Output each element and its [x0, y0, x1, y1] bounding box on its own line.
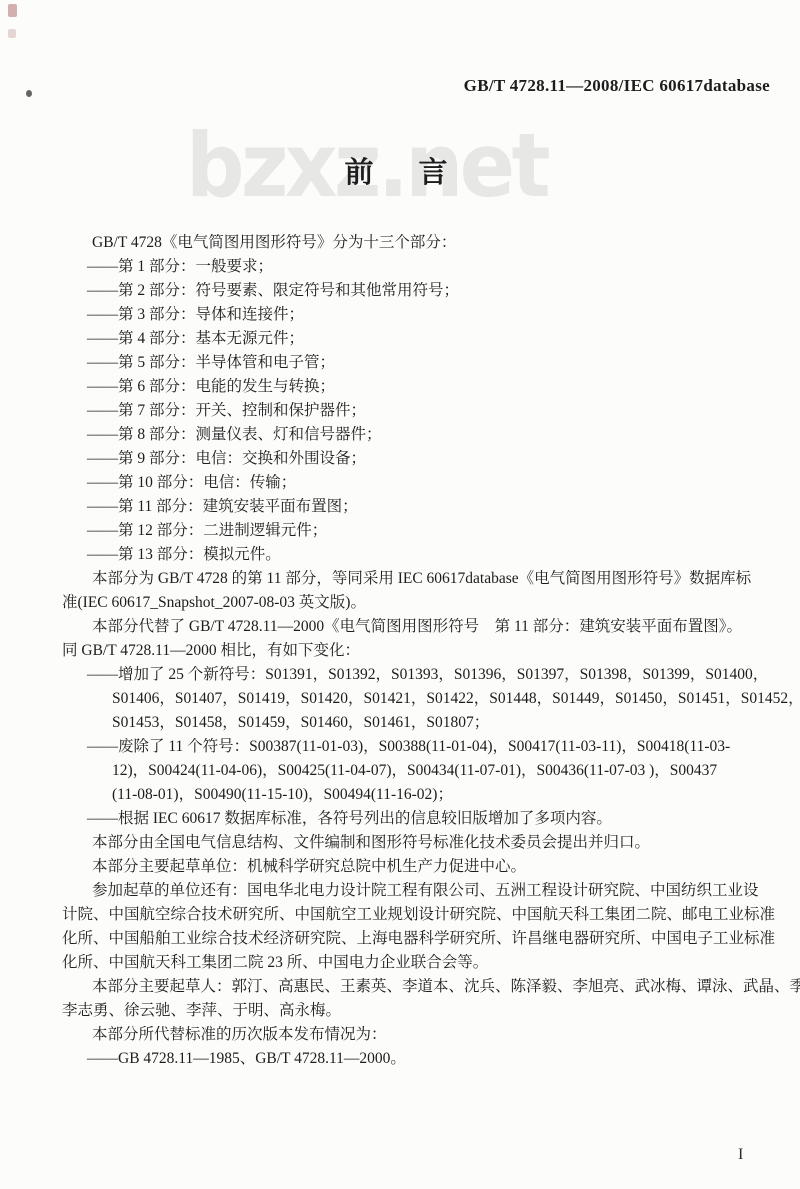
foreword-line: ——增加了 25 个新符号：S01391，S01392，S01393，S0139… [62, 663, 754, 687]
foreword-line: 本部分所代替标准的历次版本发布情况为： [62, 1023, 754, 1047]
foreword-line: ——第 1 部分：一般要求； [62, 255, 754, 279]
foreword-line: GB/T 4728《电气简图用图形符号》分为十三个部分： [62, 231, 754, 255]
foreword-line: S01453，S01458，S01459，S01460，S01461，S0180… [62, 711, 754, 735]
foreword-line: ——第 13 部分：模拟元件。 [62, 543, 754, 567]
page-number: I [738, 1146, 743, 1164]
foreword-line: ——第 8 部分：测量仪表、灯和信号器件； [62, 423, 754, 447]
foreword-line: 准(IEC 60617_Snapshot_2007-08-03 英文版)。 [62, 591, 754, 615]
foreword-line: 化所、中国船舶工业综合技术经济研究院、上海电器科学研究所、许昌继电器研究所、中国… [62, 927, 754, 951]
foreword-line: 本部分由全国电气信息结构、文件编制和图形符号标准化技术委员会提出并归口。 [62, 831, 754, 855]
foreword-line: ——第 3 部分：导体和连接件； [62, 303, 754, 327]
document-page: GB/T 4728.11—2008/IEC 60617database bzxz… [0, 0, 800, 1189]
scan-artifact-red-stamp [8, 4, 17, 17]
foreword-line: 本部分主要起草单位：机械科学研究总院中机生产力促进中心。 [62, 855, 754, 879]
foreword-line: 本部分主要起草人：郭汀、高惠民、王素英、李道本、沈兵、陈泽毅、李旭亮、武冰梅、谭… [62, 975, 754, 999]
foreword-line: ——第 2 部分：符号要素、限定符号和其他常用符号； [62, 279, 754, 303]
scan-artifact-red-stamp-faint [8, 29, 16, 38]
foreword-line: 12)，S00424(11-04-06)，S00425(11-04-07)，S0… [62, 759, 754, 783]
foreword-line: 本部分为 GB/T 4728 的第 11 部分，等同采用 IEC 60617da… [62, 567, 754, 591]
foreword-line: 化所、中国航天科工集团二院 23 所、中国电力企业联合会等。 [62, 951, 754, 975]
foreword-line: ——第 6 部分：电能的发生与转换； [62, 375, 754, 399]
foreword-line: ——第 7 部分：开关、控制和保护器件； [62, 399, 754, 423]
foreword-line: 参加起草的单位还有：国电华北电力设计院工程有限公司、五洲工程设计研究院、中国纺织… [62, 879, 754, 903]
foreword-line: 李志勇、徐云驰、李萍、于明、高永梅。 [62, 999, 754, 1023]
scan-artifact-ink-dot [26, 90, 32, 97]
foreword-line: 本部分代替了 GB/T 4728.11—2000《电气简图用图形符号 第 11 … [62, 615, 754, 639]
foreword-line: S01406，S01407，S01419，S01420，S01421，S0142… [62, 687, 754, 711]
foreword-line: 同 GB/T 4728.11—2000 相比，有如下变化： [62, 639, 754, 663]
foreword-line: ——废除了 11 个符号：S00387(11-01-03)，S00388(11-… [62, 735, 754, 759]
foreword-line: ——第 11 部分：建筑安装平面布置图； [62, 495, 754, 519]
foreword-line: ——第 9 部分：电信：交换和外围设备； [62, 447, 754, 471]
foreword-line: ——根据 IEC 60617 数据库标准，各符号列出的信息较旧版增加了多项内容。 [62, 807, 754, 831]
page-title-foreword: 前 言 [0, 150, 800, 191]
standard-number-header: GB/T 4728.11—2008/IEC 60617database [464, 76, 770, 96]
foreword-body: GB/T 4728《电气简图用图形符号》分为十三个部分： ——第 1 部分：一般… [62, 231, 754, 1071]
foreword-line: 计院、中国航空综合技术研究所、中国航空工业规划设计研究院、中国航天科工集团二院、… [62, 903, 754, 927]
foreword-line: ——第 5 部分：半导体管和电子管； [62, 351, 754, 375]
foreword-line: (11-08-01)，S00490(11-15-10)，S00494(11-16… [62, 783, 754, 807]
foreword-line: ——第 12 部分：二进制逻辑元件； [62, 519, 754, 543]
foreword-line: ——第 4 部分：基本无源元件； [62, 327, 754, 351]
foreword-line: ——第 10 部分：电信：传输； [62, 471, 754, 495]
foreword-line: ——GB 4728.11—1985、GB/T 4728.11—2000。 [62, 1047, 754, 1071]
